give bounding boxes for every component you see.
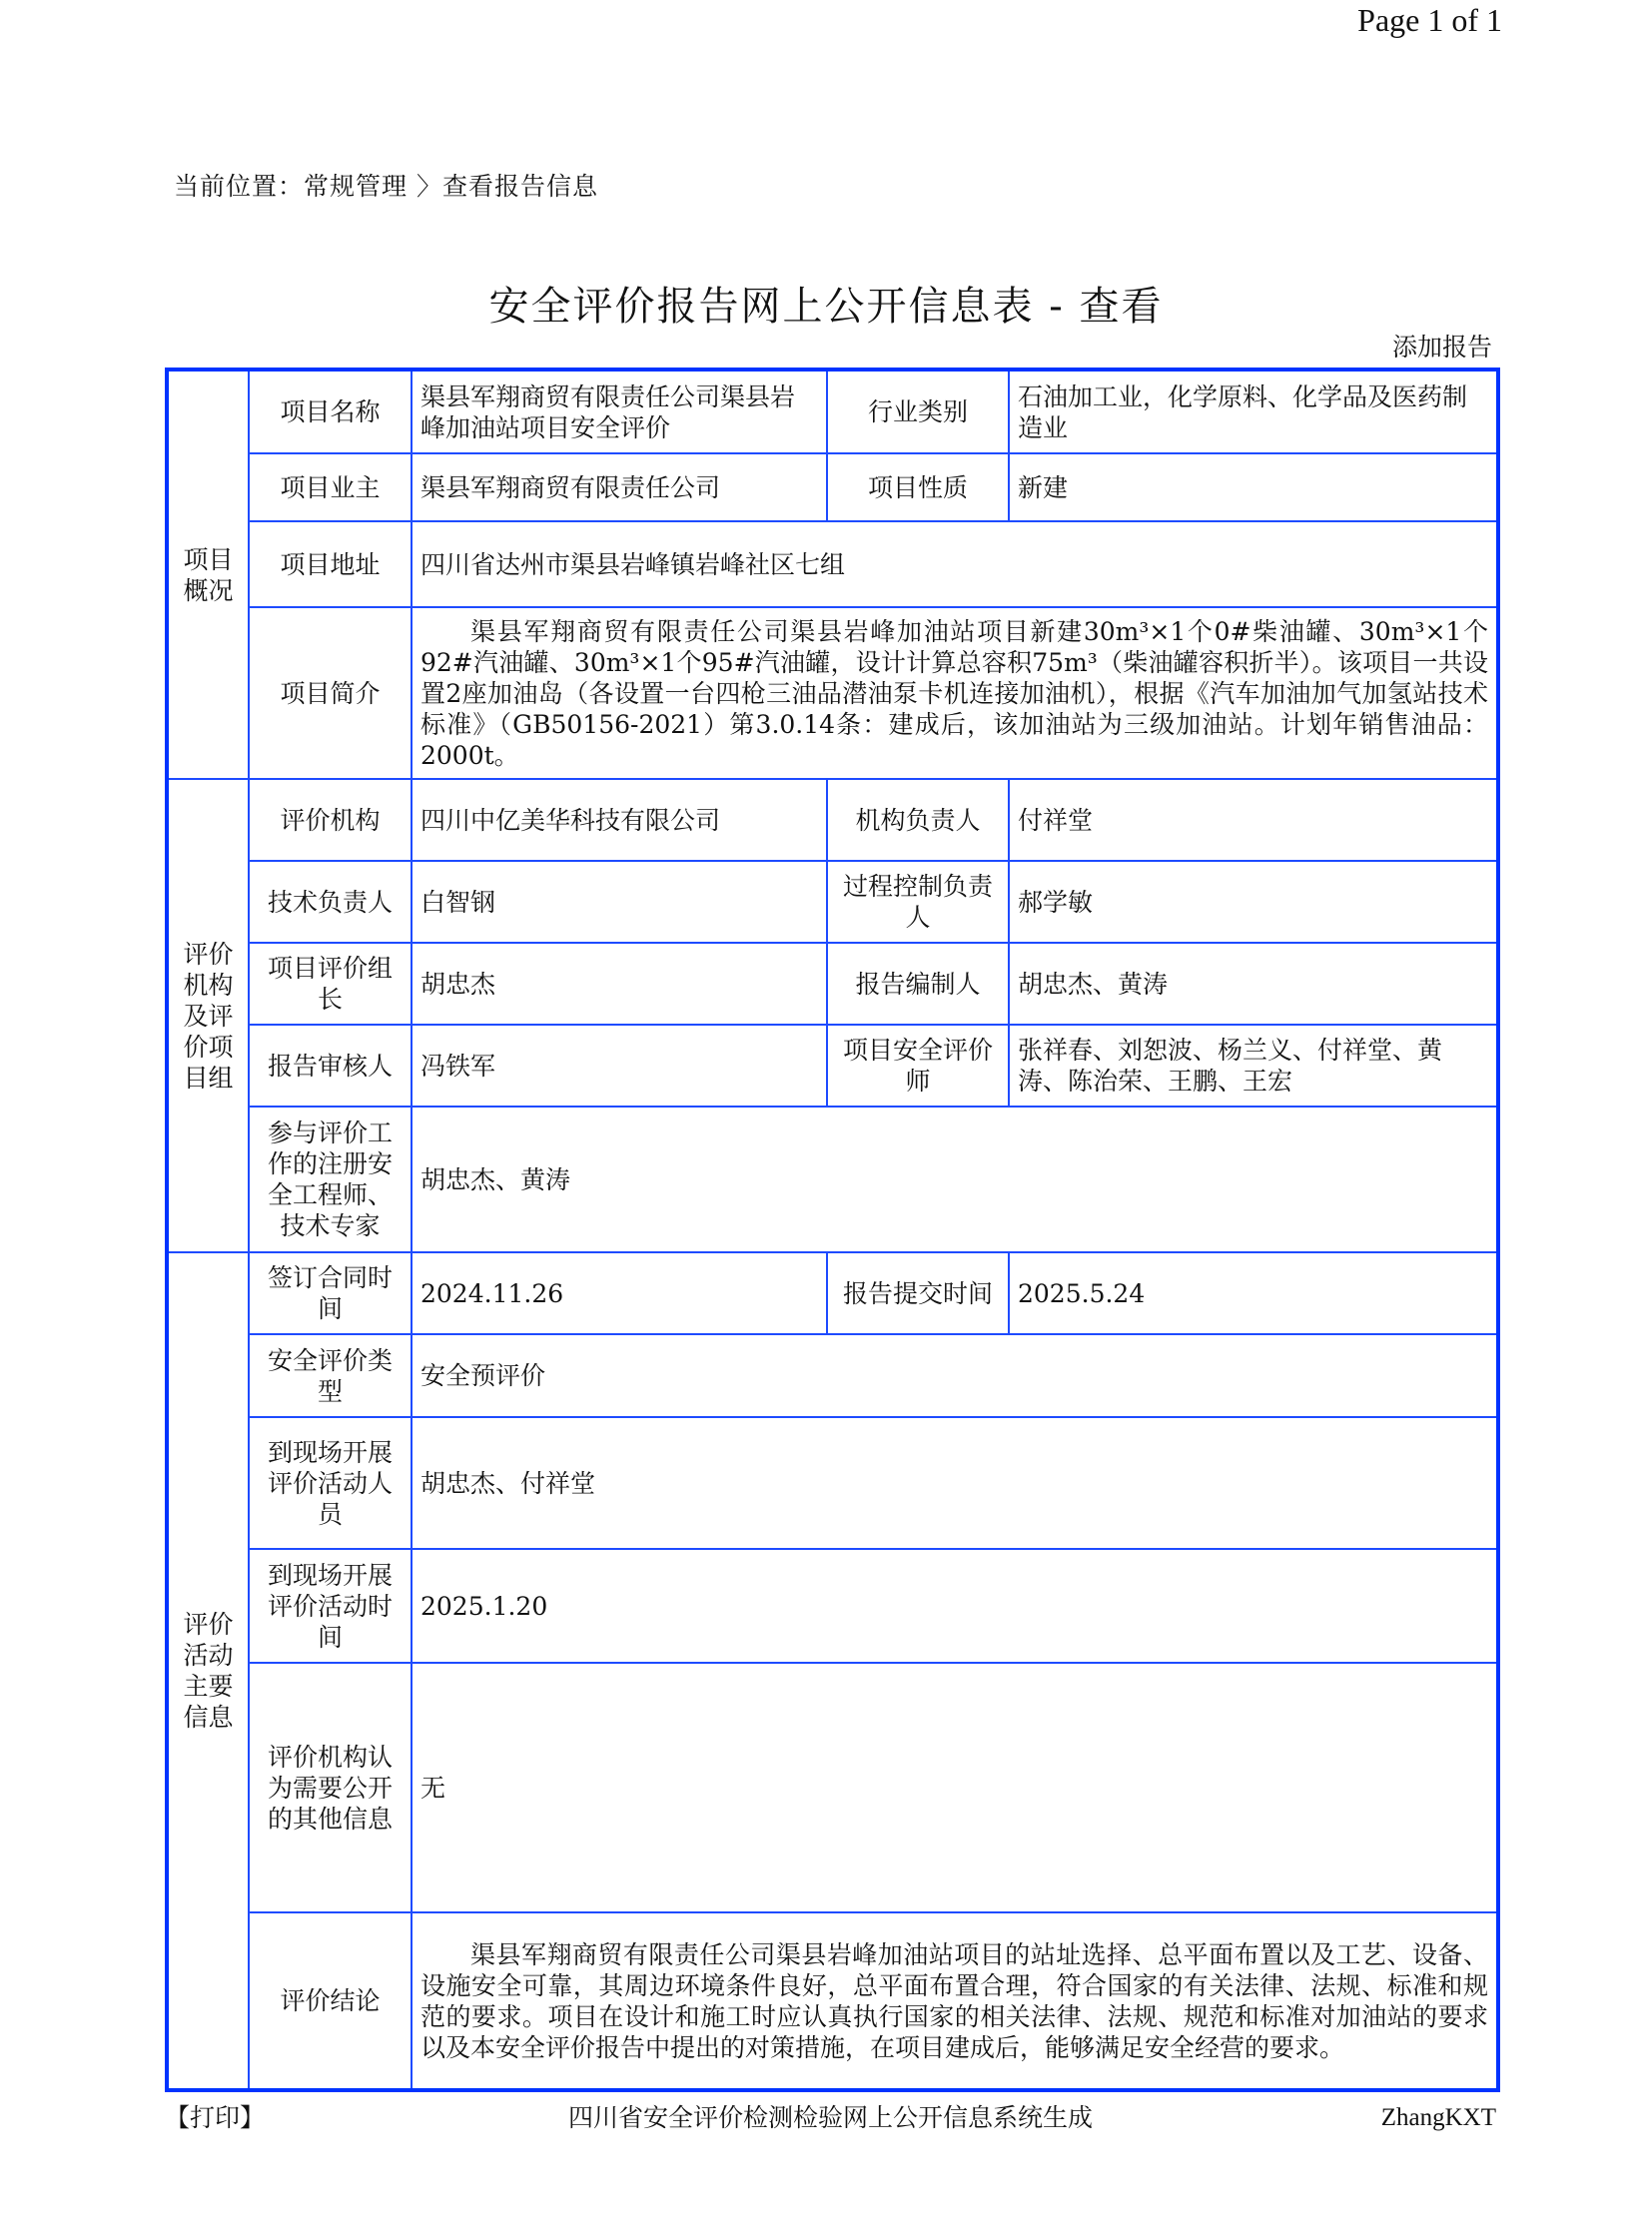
field-label: 安全评价类型 (249, 1334, 412, 1417)
table-row: 评价活动主要信息 签订合同时间 2024.11.26 报告提交时间 2025.5… (167, 1252, 1498, 1334)
field-label: 过程控制负责人 (827, 861, 1009, 943)
field-label: 评价结论 (249, 1912, 412, 2090)
table-row: 项目业主 渠县军翔商贸有限责任公司 项目性质 新建 (167, 453, 1498, 521)
table-row: 项目简介 渠县军翔商贸有限责任公司渠县岩峰加油站项目新建30m³×1个0#柴油罐… (167, 607, 1498, 779)
org-value: 四川中亿美华科技有限公司 (412, 779, 827, 861)
page-title: 安全评价报告网上公开信息表 - 查看 (0, 282, 1652, 332)
table-row: 评价结论 渠县军翔商贸有限责任公司渠县岩峰加油站项目的站址选择、总平面布置以及工… (167, 1912, 1498, 2090)
field-label: 项目简介 (249, 607, 412, 779)
address-value: 四川省达州市渠县岩峰镇岩峰社区七组 (412, 521, 1498, 607)
industry-value: 石油加工业，化学原料、化学品及医药制造业 (1009, 370, 1498, 453)
contract-date-value: 2024.11.26 (412, 1252, 827, 1334)
username: ZhangKXT (1381, 2101, 1496, 2135)
table-row: 评价机构及评价项目组 评价机构 四川中亿美华科技有限公司 机构负责人 付祥堂 (167, 779, 1498, 861)
table-row: 技术负责人 白智钢 过程控制负责人 郝学敏 (167, 861, 1498, 943)
field-label: 报告编制人 (827, 943, 1009, 1025)
section-label-overview: 项目概况 (167, 370, 249, 779)
table-row: 项目评价组长 胡忠杰 报告编制人 胡忠杰、黄涛 (167, 943, 1498, 1025)
table-row: 到现场开展评价活动人员 胡忠杰、付祥堂 (167, 1417, 1498, 1549)
page-indicator: Page 1 of 1 (1357, 0, 1502, 40)
field-label: 项目业主 (249, 453, 412, 521)
field-label: 评价机构认为需要公开的其他信息 (249, 1663, 412, 1912)
field-label: 参与评价工作的注册安全工程师、技术专家 (249, 1107, 412, 1252)
process-head-value: 郝学敏 (1009, 861, 1498, 943)
field-label: 项目名称 (249, 370, 412, 453)
field-label: 技术负责人 (249, 861, 412, 943)
onsite-date-value: 2025.1.20 (412, 1549, 1498, 1663)
field-label: 报告提交时间 (827, 1252, 1009, 1334)
section-label-activity: 评价活动主要信息 (167, 1252, 249, 2090)
field-label: 项目性质 (827, 453, 1009, 521)
table-row: 参与评价工作的注册安全工程师、技术专家 胡忠杰、黄涛 (167, 1107, 1498, 1252)
field-label: 行业类别 (827, 370, 1009, 453)
tech-head-value: 白智钢 (412, 861, 827, 943)
field-label: 机构负责人 (827, 779, 1009, 861)
project-name-value: 渠县军翔商贸有限责任公司渠县岩峰加油站项目安全评价 (412, 370, 827, 453)
field-label: 评价机构 (249, 779, 412, 861)
field-label: 项目地址 (249, 521, 412, 607)
footer: 【打印】 四川省安全评价检测检验网上公开信息系统生成 ZhangKXT (165, 2101, 1496, 2135)
team-leader-value: 胡忠杰 (412, 943, 827, 1025)
engineers-value: 胡忠杰、黄涛 (412, 1107, 1498, 1252)
field-label: 报告审核人 (249, 1025, 412, 1107)
report-info-table: 项目概况 项目名称 渠县军翔商贸有限责任公司渠县岩峰加油站项目安全评价 行业类别… (165, 368, 1500, 2092)
breadcrumb: 当前位置：常规管理 〉查看报告信息 (174, 170, 598, 204)
table-row: 项目地址 四川省达州市渠县岩峰镇岩峰社区七组 (167, 521, 1498, 607)
table-row: 评价机构认为需要公开的其他信息 无 (167, 1663, 1498, 1912)
intro-value: 渠县军翔商贸有限责任公司渠县岩峰加油站项目新建30m³×1个0#柴油罐、30m³… (412, 607, 1498, 779)
submit-date-value: 2025.5.24 (1009, 1252, 1498, 1334)
other-info-value: 无 (412, 1663, 1498, 1912)
conclusion-value: 渠县军翔商贸有限责任公司渠县岩峰加油站项目的站址选择、总平面布置以及工艺、设备、… (412, 1912, 1498, 2090)
field-label: 到现场开展评价活动时间 (249, 1549, 412, 1663)
table-row: 报告审核人 冯铁军 项目安全评价师 张祥春、刘恕波、杨兰义、付祥堂、黄涛、陈治荣… (167, 1025, 1498, 1107)
field-label: 到现场开展评价活动人员 (249, 1417, 412, 1549)
field-label: 项目安全评价师 (827, 1025, 1009, 1107)
generator-text: 四川省安全评价检测检验网上公开信息系统生成 (165, 2101, 1496, 2135)
reviewer-value: 冯铁军 (412, 1025, 827, 1107)
field-label: 签订合同时间 (249, 1252, 412, 1334)
add-report-link[interactable]: 添加报告 (1392, 332, 1492, 364)
compiler-value: 胡忠杰、黄涛 (1009, 943, 1498, 1025)
owner-value: 渠县军翔商贸有限责任公司 (412, 453, 827, 521)
evaluation-type-value: 安全预评价 (412, 1334, 1498, 1417)
table-row: 项目概况 项目名称 渠县军翔商贸有限责任公司渠县岩峰加油站项目安全评价 行业类别… (167, 370, 1498, 453)
onsite-staff-value: 胡忠杰、付祥堂 (412, 1417, 1498, 1549)
table-row: 到现场开展评价活动时间 2025.1.20 (167, 1549, 1498, 1663)
section-label-agency: 评价机构及评价项目组 (167, 779, 249, 1252)
table-row: 安全评价类型 安全预评价 (167, 1334, 1498, 1417)
field-label: 项目评价组长 (249, 943, 412, 1025)
nature-value: 新建 (1009, 453, 1498, 521)
org-head-value: 付祥堂 (1009, 779, 1498, 861)
assessors-value: 张祥春、刘恕波、杨兰义、付祥堂、黄涛、陈治荣、王鹏、王宏 (1009, 1025, 1498, 1107)
